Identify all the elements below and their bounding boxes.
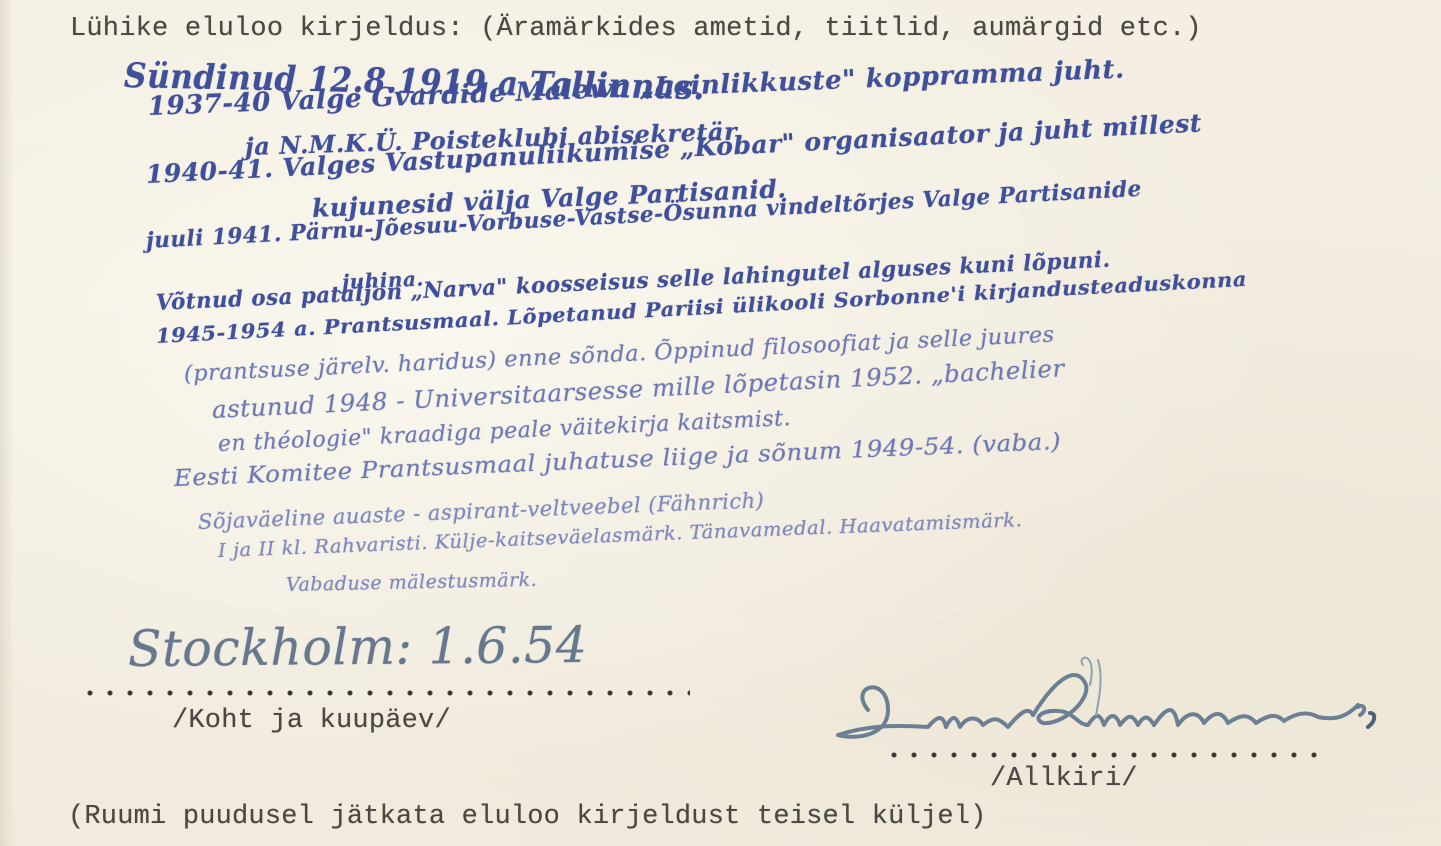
signature-mark: [828, 655, 1388, 765]
place-date-dotted-line: [80, 690, 690, 696]
paper-edge-shadow: [0, 0, 14, 846]
form-header-label: Lühike eluloo kirjeldus: (Äramärkides am…: [70, 14, 1202, 44]
signature-label: /Allkiri/: [990, 764, 1138, 794]
signature-dotted-line: [884, 752, 1329, 758]
footer-note: (Ruumi puudusel jätkata eluloo kirjeldus…: [68, 802, 987, 832]
place-date-label: /Koht ja kuupäev/: [172, 706, 451, 736]
place-date-handwritten: Stockholm: 1.6.54: [128, 616, 588, 678]
